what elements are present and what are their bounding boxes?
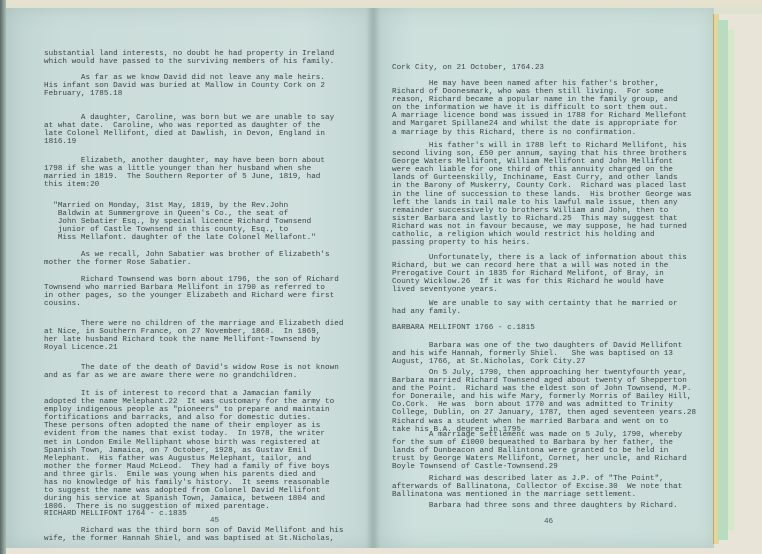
page-edge bbox=[728, 30, 734, 530]
right-page-text: Cork City, on 21 October, 1764.23 He may… bbox=[392, 8, 410, 113]
paragraph: It is of interest to record that a Jamac… bbox=[44, 390, 334, 511]
paragraph: On 5 July, 1790, then approaching her tw… bbox=[392, 369, 696, 434]
paragraph: As we recall, John Sabatier was brother … bbox=[44, 251, 330, 267]
paragraph: His father's will in 1788 left to Richar… bbox=[392, 142, 691, 247]
paragraph: There were no children of the marriage a… bbox=[44, 320, 343, 352]
paragraph: Unfortunately, there is a lack of inform… bbox=[392, 254, 687, 294]
page-edge bbox=[718, 20, 728, 540]
page-gutter bbox=[366, 8, 380, 548]
paragraph: substantial land interests, no doubt he … bbox=[44, 50, 334, 66]
paragraph: A daughter, Caroline, was born but we ar… bbox=[44, 114, 334, 146]
quotation: "Married on Monday, 31st May, 1819, by t… bbox=[44, 202, 316, 242]
paragraph: As far as we know David did not leave an… bbox=[44, 74, 325, 98]
paragraph: Barbara had three sons and three daughte… bbox=[392, 502, 678, 510]
paragraph: Barbara was one of the two daughters of … bbox=[392, 342, 682, 366]
paragraph: Elizabeth, another daughter, may have be… bbox=[44, 157, 325, 189]
paragraph: Richard was described later as J.P. of "… bbox=[392, 475, 682, 499]
paragraph: He may have been named after his father'… bbox=[392, 80, 687, 137]
right-page: Cork City, on 21 October, 1764.23 He may… bbox=[374, 8, 714, 548]
paragraph: Cork City, on 21 October, 1764.23 bbox=[392, 64, 544, 72]
paragraph: A marriage settlement was made on 5 July… bbox=[392, 431, 687, 471]
paragraph: Richard was the third born son of David … bbox=[44, 527, 343, 543]
paragraph: We are unable to say with certainty that… bbox=[392, 300, 678, 316]
section-heading: BARBARA MELLIFONT 1766 - c.1815 bbox=[392, 324, 535, 332]
paragraph: The date of the death of David's widow R… bbox=[44, 364, 339, 380]
left-page-text: substantial land interests, no doubt he … bbox=[44, 8, 62, 121]
section-heading: RICHARD MELLIFONT 1764 - c.1835 bbox=[44, 510, 187, 518]
left-page: substantial land interests, no doubt he … bbox=[6, 8, 374, 548]
page-number-right: 46 bbox=[544, 518, 553, 526]
paragraph: Richard Townsend was born about 1796, th… bbox=[44, 276, 339, 308]
page-number-left: 45 bbox=[210, 517, 219, 525]
